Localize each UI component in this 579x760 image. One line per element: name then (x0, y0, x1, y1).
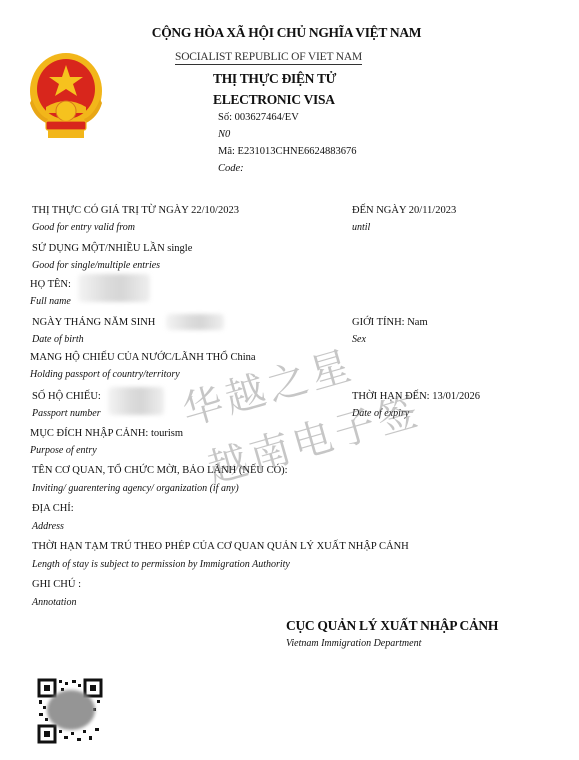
country-name-en: SOCIALIST REPUBLIC OF VIET NAM (175, 51, 362, 65)
passport-number-label: SỐ HỘ CHIẾU: (32, 391, 101, 402)
passport-number-en: Passport number (32, 408, 101, 419)
valid-until: ĐẾN NGÀY 20/11/2023 (352, 205, 456, 216)
address: ĐỊA CHỈ: (32, 503, 74, 514)
valid-until-en: until (352, 222, 370, 233)
valid-from-en: Good for entry valid from (32, 222, 135, 233)
national-emblem-icon (28, 49, 104, 141)
length-of-stay: THỜI HẠN TẠM TRÚ THEO PHÉP CỦA CƠ QUAN Q… (32, 541, 409, 552)
sex-en: Sex (352, 334, 366, 345)
visa-code-label-en: Code: (218, 163, 244, 174)
document-title-en: ELECTRONIC VISA (213, 92, 335, 108)
department-name-vn: CỤC QUẢN LÝ XUẤT NHẬP CẢNH (286, 618, 498, 634)
passport-country: MANG HỘ CHIẾU CỦA NƯỚC/LÃNH THỔ China (30, 352, 256, 363)
entries: SỬ DỤNG MỘT/NHIỀU LẦN single (32, 243, 192, 254)
visa-number: Số: 003627464/EV (218, 112, 299, 123)
date-of-birth-label: NGÀY THÁNG NĂM SINH (32, 317, 155, 328)
purpose-of-entry: MỤC ĐÍCH NHẬP CẢNH: tourism (30, 428, 183, 439)
address-en: Address (32, 521, 64, 532)
valid-from: THỊ THỰC CÓ GIÁ TRỊ TỪ NGÀY 22/10/2023 (32, 205, 239, 216)
annotation-en: Annotation (32, 597, 76, 608)
purpose-of-entry-en: Purpose of entry (30, 445, 97, 456)
country-name-vn: CỘNG HÒA XÃ HỘI CHỦ NGHĨA VIỆT NAM (0, 25, 579, 41)
entries-en: Good for single/multiple entries (32, 260, 160, 271)
date-of-birth-en: Date of birth (32, 334, 84, 345)
date-of-birth-redacted (166, 314, 224, 330)
sex: GIỚI TÍNH: Nam (352, 317, 428, 328)
document-title-vn: THỊ THỰC ĐIỆN TỬ (213, 71, 336, 87)
qr-code-icon (37, 678, 103, 744)
full-name-en: Full name (30, 296, 71, 307)
inviting-agency-en: Inviting/ guarentering agency/ organizat… (32, 483, 239, 494)
full-name-redacted (78, 274, 150, 302)
department-name-en: Vietnam Immigration Department (286, 638, 421, 649)
visa-code: Mã: E231013CHNE6624883676 (218, 146, 357, 157)
passport-number-redacted (108, 387, 164, 415)
length-of-stay-en: Length of stay is subject to permission … (32, 559, 290, 570)
annotation: GHI CHÚ : (32, 579, 81, 590)
visa-number-label-en: N0 (218, 129, 230, 140)
full-name-label: HỌ TÊN: (30, 279, 71, 290)
passport-country-en: Holding passport of country/territory (30, 369, 180, 380)
